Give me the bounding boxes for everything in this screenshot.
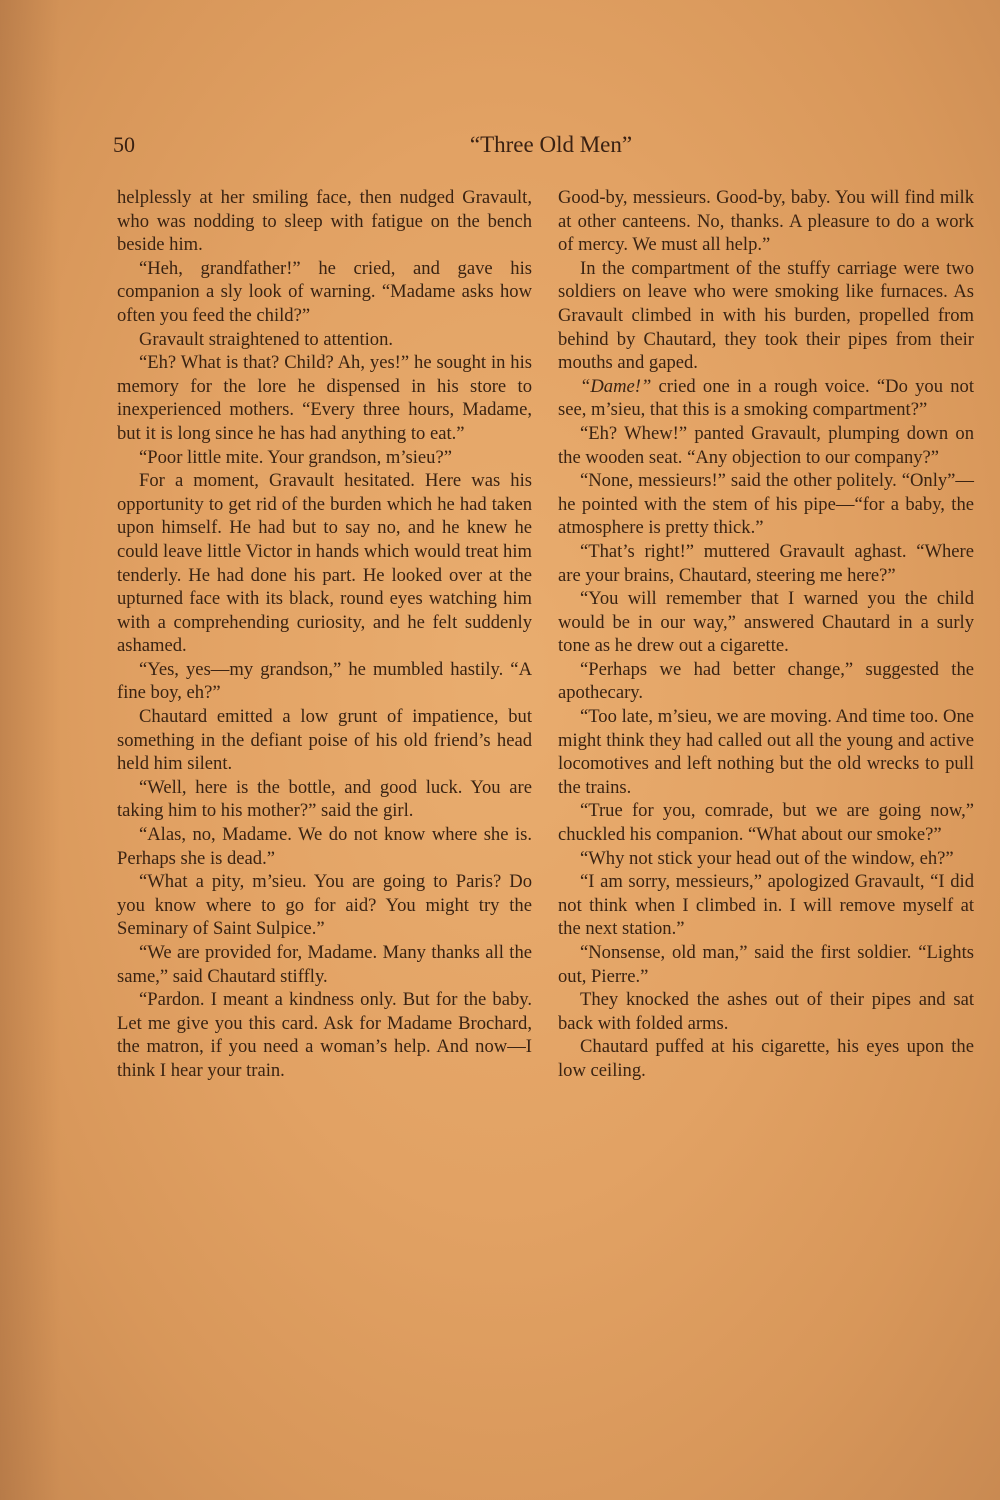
paragraph: “True for you, comrade, but we are going…: [558, 799, 974, 846]
right-column: Good-by, messieurs. Good-by, baby. You w…: [558, 186, 974, 1083]
paragraph: “Alas, no, Madame. We do not know where …: [117, 823, 532, 870]
paragraph: “That’s right!” muttered Gravault aghast…: [558, 540, 974, 587]
paragraph: “Yes, yes—my grandson,” he mumbled hasti…: [117, 658, 532, 705]
paragraph-text: “We are provided for, Madame. Many thank…: [117, 942, 532, 987]
paragraph-text: “I am sorry, messieurs,” apologized Grav…: [558, 871, 974, 939]
paragraph: For a moment, Gravault hesitated. Here w…: [117, 469, 532, 658]
paragraph: “Well, here is the bottle, and good luck…: [117, 776, 532, 823]
paragraph-text: “Pardon. I meant a kindness only. But fo…: [117, 989, 532, 1081]
paragraph: “You will remember that I warned you the…: [558, 587, 974, 658]
paragraph: “Poor little mite. Your grandson, m’sieu…: [117, 446, 532, 470]
paragraph-text: Chautard emitted a low grunt of impatien…: [117, 706, 532, 774]
paragraph: Chautard puffed at his cigarette, his ey…: [558, 1035, 974, 1082]
paragraph: helplessly at her smiling face, then nud…: [117, 186, 532, 257]
paragraph: “Eh? What is that? Child? Ah, yes!” he s…: [117, 351, 532, 445]
paragraph-text: “Perhaps we had better change,” suggeste…: [558, 659, 974, 704]
paragraph: They knocked the ashes out of their pipe…: [558, 988, 974, 1035]
paragraph-text: Good-by, messieurs. Good-by, baby. You w…: [558, 187, 974, 255]
paragraph-text: “Heh, grandfather!” he cried, and gave h…: [117, 258, 532, 326]
paragraph-text: In the compartment of the stuffy carriag…: [558, 258, 974, 373]
paragraph-text: “Yes, yes—my grandson,” he mumbled hasti…: [117, 659, 532, 704]
paragraph: “None, messieurs!” said the other polite…: [558, 469, 974, 540]
paragraph-text: “Poor little mite. Your grandson, m’sieu…: [139, 447, 452, 468]
paragraph: In the compartment of the stuffy carriag…: [558, 257, 974, 375]
paragraph: Chautard emitted a low grunt of impatien…: [117, 705, 532, 776]
paragraph: “I am sorry, messieurs,” apologized Grav…: [558, 870, 974, 941]
paragraph-text: “Alas, no, Madame. We do not know where …: [117, 824, 532, 869]
paragraph-text: helplessly at her smiling face, then nud…: [117, 187, 532, 255]
running-title: “Three Old Men”: [113, 132, 975, 158]
paragraph-text: “Why not stick your head out of the wind…: [580, 848, 954, 869]
paragraph: Good-by, messieurs. Good-by, baby. You w…: [558, 186, 974, 257]
paragraph: “Perhaps we had better change,” suggeste…: [558, 658, 974, 705]
paragraph-text: “Too late, m’sieu, we are moving. And ti…: [558, 706, 974, 798]
paragraph-text: “What a pity, m’sieu. You are going to P…: [117, 871, 532, 939]
paragraph-text: “Eh? What is that? Child? Ah, yes!” he s…: [117, 352, 532, 444]
paragraph-text: “That’s right!” muttered Gravault aghast…: [558, 541, 974, 586]
paragraph: “We are provided for, Madame. Many thank…: [117, 941, 532, 988]
paragraph-text: They knocked the ashes out of their pipe…: [558, 989, 974, 1034]
paragraph: “Heh, grandfather!” he cried, and gave h…: [117, 257, 532, 328]
page-header: 50 “Three Old Men”: [113, 132, 975, 164]
paragraph-text: “Nonsense, old man,” said the first sold…: [558, 942, 974, 987]
paragraph: “Too late, m’sieu, we are moving. And ti…: [558, 705, 974, 799]
left-column: helplessly at her smiling face, then nud…: [117, 186, 532, 1083]
paragraph: “Pardon. I meant a kindness only. But fo…: [117, 988, 532, 1082]
page-edge-shadow: [0, 0, 60, 1500]
italic-exclamation: “Dame!”: [580, 376, 651, 397]
paragraph-text: “True for you, comrade, but we are going…: [558, 800, 974, 845]
paragraph-text: For a moment, Gravault hesitated. Here w…: [117, 470, 532, 656]
paragraph: “Dame!” cried one in a rough voice. “Do …: [558, 375, 974, 422]
paragraph: “Eh? Whew!” panted Gravault, plumping do…: [558, 422, 974, 469]
paragraph-text: “Well, here is the bottle, and good luck…: [117, 777, 532, 822]
paragraph: “Why not stick your head out of the wind…: [558, 847, 974, 871]
paragraph-text: Gravault straightened to attention.: [139, 329, 393, 350]
paragraph: “Nonsense, old man,” said the first sold…: [558, 941, 974, 988]
paragraph-text: Chautard puffed at his cigarette, his ey…: [558, 1036, 974, 1081]
paragraph: “What a pity, m’sieu. You are going to P…: [117, 870, 532, 941]
paragraph-text: “You will remember that I warned you the…: [558, 588, 974, 656]
paragraph: Gravault straightened to attention.: [117, 328, 532, 352]
book-page: 50 “Three Old Men” helplessly at her smi…: [0, 0, 1000, 1500]
paragraph-text: “Eh? Whew!” panted Gravault, plumping do…: [558, 423, 974, 468]
paragraph-text: “None, messieurs!” said the other polite…: [558, 470, 974, 538]
